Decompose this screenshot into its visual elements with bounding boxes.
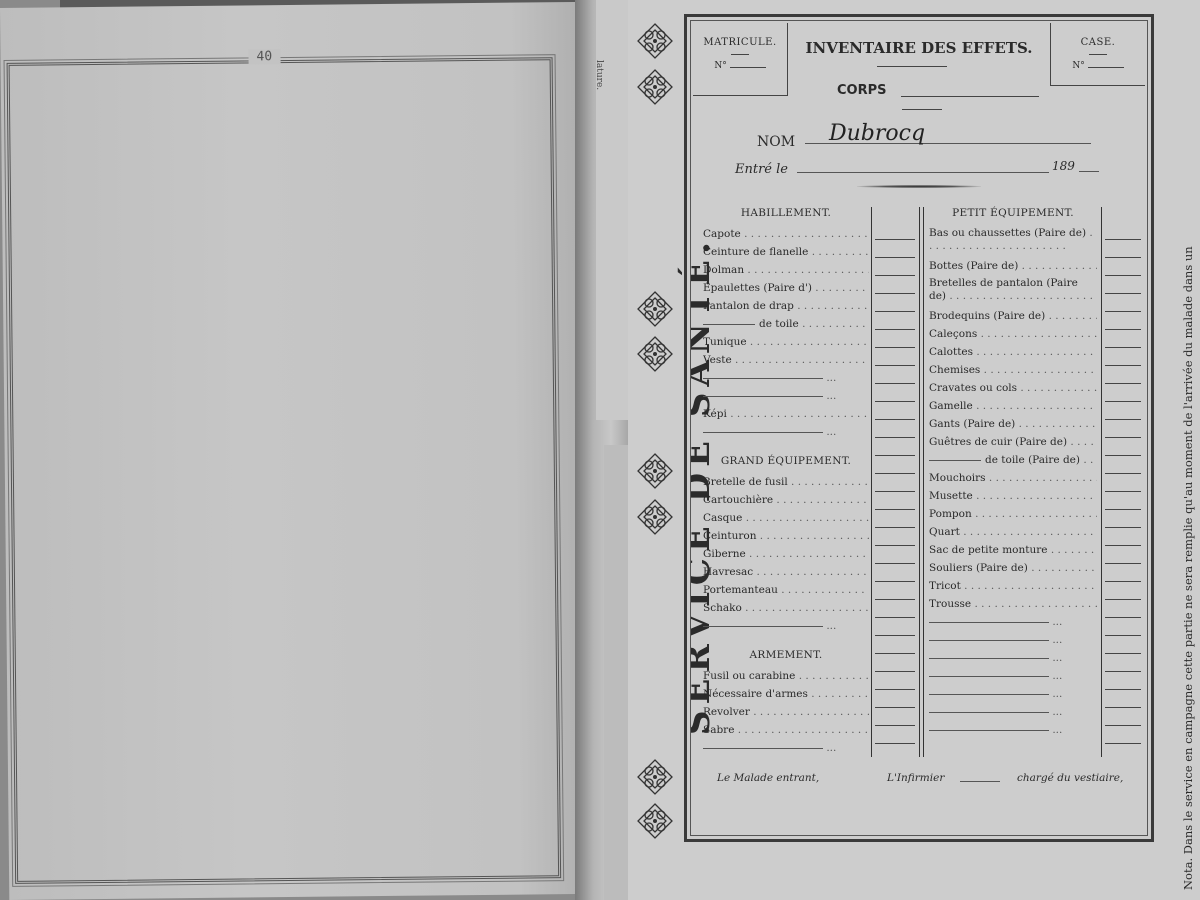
quantity-field[interactable]	[1105, 491, 1141, 492]
inventory-item-row: Tricot . . . . . . . . . . . . . . . . .…	[929, 577, 1097, 595]
leader-dots: . . . . . . . . . . . . . . . . . . . . …	[960, 526, 1097, 538]
inventory-item-row: Mouchoirs . . . . . . . . . . . . . . . …	[929, 469, 1097, 487]
inventory-item-row: Ceinture de flanelle . . . . . . . . . .…	[703, 243, 869, 261]
section-heading: HABILLEMENT.	[703, 207, 869, 221]
leader-dots: . . . . . . . . . . . . . . . . . . . . …	[746, 548, 869, 560]
quatrefoil-ornament-icon	[636, 498, 674, 536]
leader-dots: . . . . . . . . . . . . . . . . . . . . …	[1067, 436, 1097, 448]
item-label: Gants (Paire de)	[929, 418, 1015, 430]
quatrefoil-ornament-icon	[636, 68, 674, 106]
item-label: Chemises	[929, 364, 980, 376]
quantity-field[interactable]	[875, 527, 915, 528]
inventory-item-row: ...	[929, 685, 1097, 703]
inventory-item-row: Souliers (Paire de) . . . . . . . . . . …	[929, 559, 1097, 577]
entre-date-field[interactable]	[797, 172, 1049, 173]
quantity-field[interactable]	[875, 545, 915, 546]
leader-dots: . . . . . . . . . . . . . . . . . . . . …	[794, 300, 869, 312]
item-label: Pantalon de drap	[703, 300, 794, 312]
inventory-item-row: Chemises . . . . . . . . . . . . . . . .…	[929, 361, 1097, 379]
item-label: Mouchoirs	[929, 472, 986, 484]
section-heading: GRAND ÉQUIPEMENT.	[703, 455, 869, 469]
item-label: Giberne	[703, 548, 746, 560]
inventory-item-row: Épaulettes (Paire d') . . . . . . . . . …	[703, 279, 869, 297]
quantity-field[interactable]	[1105, 401, 1141, 402]
inventory-item-row: Casque . . . . . . . . . . . . . . . . .…	[703, 509, 869, 527]
quatrefoil-ornament-icon	[636, 335, 674, 373]
inventory-item-row: Gamelle . . . . . . . . . . . . . . . . …	[929, 397, 1097, 415]
quantity-field[interactable]	[875, 707, 915, 708]
item-label: de toile (Paire de)	[985, 454, 1080, 466]
quatrefoil-ornament-icon	[636, 802, 674, 840]
leader-dots: . . . . . . . . . . . . . . . . . . . . …	[727, 408, 869, 420]
year-prefix: 189	[1052, 159, 1075, 173]
inventory-form: MATRICULE. N° INVENTAIRE DES EFFETS. CAS…	[684, 14, 1154, 842]
item-label: Gamelle	[929, 400, 973, 412]
leader-dots: . . . . . . . . . . . . . . . . . . . . …	[977, 328, 1097, 340]
leader-dots: . . . . . . . . . . . . . . . . . . . . …	[742, 602, 869, 614]
item-label: Nécessaire d'armes	[703, 688, 808, 700]
item-label: Guêtres de cuir (Paire de)	[929, 436, 1067, 448]
divider	[731, 54, 749, 55]
item-label: Sac de petite monture	[929, 544, 1047, 556]
quantity-field[interactable]	[875, 257, 915, 258]
item-label: Cravates ou cols	[929, 382, 1017, 394]
quantity-field[interactable]	[875, 509, 915, 510]
item-label: Casque	[703, 512, 742, 524]
quantity-field[interactable]	[1105, 437, 1141, 438]
leader-dots: . . . . . . . . . . . . . . . . . . . . …	[973, 400, 1097, 412]
signature-vestiaire: chargé du vestiaire,	[1017, 772, 1123, 784]
blank-item-line[interactable]	[929, 676, 1049, 677]
blank-item-line[interactable]	[703, 748, 823, 749]
inventory-item-row: ...	[929, 703, 1097, 721]
entre-label: Entré le	[735, 162, 788, 177]
leader-dots: ...	[823, 426, 836, 438]
leader-dots: . . . . . . . . . . . . . . . . . . . . …	[753, 566, 869, 578]
item-label: Calottes	[929, 346, 973, 358]
inventory-item-row: Sac de petite monture . . . . . . . . . …	[929, 541, 1097, 559]
blank-item-line[interactable]	[929, 658, 1049, 659]
item-label: Dolman	[703, 264, 744, 276]
inventory-item-row: Cravates ou cols . . . . . . . . . . . .…	[929, 379, 1097, 397]
nom-label: NOM	[757, 134, 795, 150]
item-label: Tricot	[929, 580, 961, 592]
leader-dots: ...	[1049, 724, 1062, 736]
inventory-item-row: ...	[929, 667, 1097, 685]
item-label: Fusil ou carabine	[703, 670, 795, 682]
leader-dots: . . . . . . . . . . . . . . . . . . . . …	[747, 336, 869, 348]
item-label: Ceinture de flanelle	[703, 246, 808, 258]
item-label: Portemanteau	[703, 584, 778, 596]
inventory-item-row: de toile . . . . . . . . . . . . . . . .…	[703, 315, 869, 333]
blank-item-line[interactable]	[929, 622, 1049, 623]
quantity-field[interactable]	[1105, 545, 1141, 546]
leader-dots: ...	[1049, 652, 1062, 664]
quantity-field[interactable]	[1105, 527, 1141, 528]
quantity-field[interactable]	[875, 239, 915, 240]
matricule-no-label: N°	[714, 61, 726, 71]
item-label: Schako	[703, 602, 742, 614]
inventory-item-row: Trousse . . . . . . . . . . . . . . . . …	[929, 595, 1097, 613]
quantity-field[interactable]	[875, 437, 915, 438]
inventory-item-row: Bretelles de pantalon (Paire de) . . . .…	[929, 275, 1097, 307]
inventory-item-row: ...	[703, 387, 869, 405]
quantity-field[interactable]	[875, 347, 915, 348]
quantity-field[interactable]	[875, 671, 915, 672]
inventory-item-row: ...	[703, 369, 869, 387]
item-label: Caleçons	[929, 328, 977, 340]
quantity-field[interactable]	[1105, 563, 1141, 564]
quantity-field[interactable]	[1105, 707, 1141, 708]
item-label: Souliers (Paire de)	[929, 562, 1028, 574]
quantity-field[interactable]	[1105, 383, 1141, 384]
quantity-field[interactable]	[875, 689, 915, 690]
inventory-item-row: Quart . . . . . . . . . . . . . . . . . …	[929, 523, 1097, 541]
blank-item-line[interactable]	[703, 626, 823, 627]
leader-dots: . . . . . . . . . . . . . . . . . . . . …	[1018, 260, 1097, 272]
inventory-item-row: ...	[929, 613, 1097, 631]
blank-item-line[interactable]	[929, 730, 1049, 731]
leader-dots: . . . . . . . . . . . . . . . . . . . . …	[778, 584, 869, 596]
inventory-item-row: Veste . . . . . . . . . . . . . . . . . …	[703, 351, 869, 369]
blank-item-line[interactable]	[929, 640, 1049, 641]
leader-dots: . . . . . . . . . . . . . . . . . . . . …	[742, 512, 869, 524]
form-title: INVENTAIRE DES EFFETS.	[791, 39, 1047, 57]
quantity-field[interactable]	[875, 473, 915, 474]
blank-item-line[interactable]	[703, 378, 823, 379]
column-rule	[1101, 207, 1102, 757]
ditto-line	[929, 460, 981, 461]
item-label: Capote	[703, 228, 741, 240]
page-number: 40	[248, 49, 280, 64]
left-page-frame	[7, 57, 562, 884]
item-label: Veste	[703, 354, 732, 366]
leader-dots: ...	[823, 742, 836, 754]
leader-dots: . . . . . . . . . . . . . . . . . . . . …	[1028, 562, 1097, 574]
leader-dots: ...	[1049, 688, 1062, 700]
leader-dots: . . . . . . . . . . . . . . . . . . . . …	[808, 688, 869, 700]
inventory-item-row: Ceinturon . . . . . . . . . . . . . . . …	[703, 527, 869, 545]
leader-dots: ...	[823, 372, 836, 384]
inventory-item-row: Tunique . . . . . . . . . . . . . . . . …	[703, 333, 869, 351]
leader-dots: . . . . . . . . . . . . . . . . . . . . …	[1080, 454, 1097, 466]
quantity-field[interactable]	[1105, 473, 1141, 474]
column-rule	[923, 207, 924, 757]
inventory-item-row: Sabre . . . . . . . . . . . . . . . . . …	[703, 721, 869, 739]
quantity-field[interactable]	[1105, 365, 1141, 366]
inventory-item-row: ...	[703, 617, 869, 635]
leader-dots: . . . . . . . . . . . . . . . . . . . . …	[1017, 382, 1097, 394]
item-label: Épaulettes (Paire d')	[703, 282, 812, 294]
quantity-field[interactable]	[1105, 635, 1141, 636]
item-label: Bottes (Paire de)	[929, 260, 1018, 272]
inventory-item-row: Képi . . . . . . . . . . . . . . . . . .…	[703, 405, 869, 423]
leader-dots: . . . . . . . . . . . . . . . . . . . . …	[986, 472, 1097, 484]
inventory-item-row: Dolman . . . . . . . . . . . . . . . . .…	[703, 261, 869, 279]
leader-dots: . . . . . . . . . . . . . . . . . . . . …	[750, 706, 869, 718]
leader-dots: ...	[1049, 616, 1062, 628]
item-label: Tunique	[703, 336, 747, 348]
quantity-field[interactable]	[875, 329, 915, 330]
divider	[877, 66, 947, 67]
inventory-item-row: de toile (Paire de) . . . . . . . . . . …	[929, 451, 1097, 469]
quantity-field[interactable]	[875, 653, 915, 654]
item-label: Bretelle de fusil	[703, 476, 788, 488]
inventory-item-row: Pompon . . . . . . . . . . . . . . . . .…	[929, 505, 1097, 523]
leader-dots: . . . . . . . . . . . . . . . . . . . . …	[808, 246, 869, 258]
quantity-field[interactable]	[1105, 617, 1141, 618]
quantity-field[interactable]	[1105, 581, 1141, 582]
inventory-item-row: Guêtres de cuir (Paire de) . . . . . . .…	[929, 433, 1097, 451]
quantity-field[interactable]	[875, 635, 915, 636]
leader-dots: . . . . . . . . . . . . . . . . . . . . …	[756, 530, 869, 542]
inventory-item-row: ...	[929, 649, 1097, 667]
inventory-item-row: Schako . . . . . . . . . . . . . . . . .…	[703, 599, 869, 617]
blank-item-line[interactable]	[703, 432, 823, 433]
leader-dots: ...	[1049, 706, 1062, 718]
inventory-item-row: Nécessaire d'armes . . . . . . . . . . .…	[703, 685, 869, 703]
item-label: Revolver	[703, 706, 750, 718]
item-label: Havresac	[703, 566, 753, 578]
inventory-item-row: Portemanteau . . . . . . . . . . . . . .…	[703, 581, 869, 599]
leader-dots: . . . . . . . . . . . . . . . . . . . . …	[973, 346, 1097, 358]
item-label: Quart	[929, 526, 960, 538]
leader-dots: . . . . . . . . . . . . . . . . . . . . …	[788, 476, 869, 488]
item-label: Musette	[929, 490, 973, 502]
blank-item-line[interactable]	[929, 712, 1049, 713]
quantity-field[interactable]	[1105, 347, 1141, 348]
nota-footnote: Nota. Dans le service en campagne cette …	[1178, 0, 1200, 890]
blank-item-line[interactable]	[703, 396, 823, 397]
matricule-field[interactable]	[730, 67, 766, 68]
year-field[interactable]	[1079, 171, 1099, 172]
quantity-field[interactable]	[1105, 653, 1141, 654]
quantity-field[interactable]	[875, 293, 915, 294]
inventory-item-row: Capote . . . . . . . . . . . . . . . . .…	[703, 225, 869, 243]
inventory-item-row: Giberne . . . . . . . . . . . . . . . . …	[703, 545, 869, 563]
matricule-label: MATRICULE.	[693, 37, 787, 48]
inventory-item-row: Brodequins (Paire de) . . . . . . . . . …	[929, 307, 1097, 325]
corps-field[interactable]	[901, 96, 1039, 97]
quantity-field[interactable]	[875, 275, 915, 276]
blank-item-line[interactable]	[929, 694, 1049, 695]
quantity-field[interactable]	[1105, 419, 1141, 420]
item-label: de toile	[759, 318, 799, 330]
inventory-item-row: Musette . . . . . . . . . . . . . . . . …	[929, 487, 1097, 505]
quantity-field[interactable]	[1105, 455, 1141, 456]
inventory-item-row: ...	[703, 739, 869, 757]
quantity-field[interactable]	[875, 383, 915, 384]
leader-dots: . . . . . . . . . . . . . . . . . . . . …	[980, 364, 1097, 376]
quantity-field[interactable]	[875, 725, 915, 726]
quantity-field[interactable]	[875, 581, 915, 582]
quantity-field[interactable]	[1105, 509, 1141, 510]
inventory-item-row: Havresac . . . . . . . . . . . . . . . .…	[703, 563, 869, 581]
corps-label: CORPS	[837, 83, 887, 98]
quantity-field[interactable]	[875, 311, 915, 312]
quantity-field[interactable]	[875, 617, 915, 618]
quantity-field[interactable]	[875, 365, 915, 366]
item-label: Pompon	[929, 508, 972, 520]
leader-dots: . . . . . . . . . . . . . . . . . . . . …	[744, 264, 869, 276]
quatrefoil-ornament-icon	[636, 22, 674, 60]
signature-infirmier: L'Infirmier	[887, 772, 944, 784]
leader-dots: . . . . . . . . . . . . . . . . . . . . …	[812, 282, 869, 294]
flap-text-top: lature.	[594, 60, 604, 90]
leader-dots: ...	[823, 390, 836, 402]
quantity-field[interactable]	[1105, 275, 1141, 276]
leader-dots: ...	[1049, 670, 1062, 682]
quantity-field[interactable]	[1105, 671, 1141, 672]
quantity-field[interactable]	[1105, 599, 1141, 600]
inventory-item-row: Caleçons . . . . . . . . . . . . . . . .…	[929, 325, 1097, 343]
item-label: Sabre	[703, 724, 734, 736]
case-label: CASE.	[1051, 37, 1145, 48]
ditto-line	[703, 324, 755, 325]
item-label: Bas ou chaussettes (Paire de)	[929, 227, 1086, 239]
divider	[902, 109, 942, 110]
inventory-item-row: Bretelle de fusil . . . . . . . . . . . …	[703, 473, 869, 491]
quantity-field[interactable]	[1105, 311, 1141, 312]
leader-dots: ...	[1049, 634, 1062, 646]
column-rule	[871, 207, 872, 757]
quantity-field[interactable]	[875, 419, 915, 420]
item-label: Brodequins (Paire de)	[929, 310, 1045, 322]
inventory-item-row: Gants (Paire de) . . . . . . . . . . . .…	[929, 415, 1097, 433]
left-page: 40	[0, 2, 609, 900]
right-column: PETIT ÉQUIPEMENT.Bas ou chaussettes (Pai…	[929, 207, 1097, 739]
case-no-label: N°	[1072, 61, 1084, 71]
section-heading: PETIT ÉQUIPEMENT.	[929, 207, 1097, 221]
inventory-item-row: Revolver . . . . . . . . . . . . . . . .…	[703, 703, 869, 721]
inventory-item-row: ...	[703, 423, 869, 441]
quatrefoil-ornament-icon	[636, 758, 674, 796]
ornamental-rule	[857, 185, 981, 188]
signature-malade: Le Malade entrant,	[717, 772, 819, 784]
leader-dots: . . . . . . . . . . . . . . . . . . . . …	[973, 490, 1097, 502]
quantity-field[interactable]	[1105, 239, 1141, 240]
quantity-field[interactable]	[1105, 743, 1141, 744]
quantity-field[interactable]	[875, 491, 915, 492]
inventory-item-row: Pantalon de drap . . . . . . . . . . . .…	[703, 297, 869, 315]
inventory-item-row: Bas ou chaussettes (Paire de) . . . . . …	[929, 225, 1097, 257]
nota-line-1: Nota. Dans le service en campagne cette …	[1178, 0, 1198, 890]
column-rule	[919, 207, 920, 757]
divider	[1089, 54, 1107, 55]
leader-dots: . . . . . . . . . . . . . . . . . . . . …	[795, 670, 869, 682]
quantity-field[interactable]	[1105, 257, 1141, 258]
leader-dots: . . . . . . . . . . . . . . . . . . . . …	[971, 598, 1097, 610]
quatrefoil-ornament-icon	[636, 452, 674, 490]
nom-handwritten-value: Dubrocq	[829, 121, 925, 146]
inventory-item-row: ...	[929, 631, 1097, 649]
inventory-item-row: Fusil ou carabine . . . . . . . . . . . …	[703, 667, 869, 685]
case-box: CASE. N°	[1050, 23, 1145, 86]
quantity-field[interactable]	[875, 599, 915, 600]
leader-dots: . . . . . . . . . . . . . . . . . . . . …	[773, 494, 869, 506]
quantity-field[interactable]	[875, 401, 915, 402]
quatrefoil-ornament-icon	[636, 290, 674, 328]
leader-dots: . . . . . . . . . . . . . . . . . . . . …	[961, 580, 1097, 592]
inventory-item-row: Cartouchière . . . . . . . . . . . . . .…	[703, 491, 869, 509]
leader-dots: . . . . . . . . . . . . . . . . . . . . …	[946, 290, 1093, 302]
quantity-field[interactable]	[1105, 689, 1141, 690]
quantity-field[interactable]	[1105, 293, 1141, 294]
quantity-field[interactable]	[875, 455, 915, 456]
leader-dots: . . . . . . . . . . . . . . . . . . . . …	[972, 508, 1097, 520]
inventory-item-row: Bottes (Paire de) . . . . . . . . . . . …	[929, 257, 1097, 275]
quantity-field[interactable]	[1105, 725, 1141, 726]
leader-dots: . . . . . . . . . . . . . . . . . . . . …	[741, 228, 869, 240]
item-label: Ceinturon	[703, 530, 756, 542]
quantity-field[interactable]	[875, 563, 915, 564]
leader-dots: . . . . . . . . . . . . . . . . . . . . …	[1015, 418, 1097, 430]
leader-dots: . . . . . . . . . . . . . . . . . . . . …	[734, 724, 869, 736]
leader-dots: . . . . . . . . . . . . . . . . . . . . …	[799, 318, 869, 330]
leader-dots: . . . . . . . . . . . . . . . . . . . . …	[1047, 544, 1097, 556]
quantity-field[interactable]	[875, 743, 915, 744]
leader-dots: . . . . . . . . . . . . . . . . . . . . …	[1045, 310, 1097, 322]
infirmier-name-field[interactable]	[960, 781, 1000, 782]
item-label: Trousse	[929, 598, 971, 610]
item-label: Képi	[703, 408, 727, 420]
matricule-box: MATRICULE. N°	[693, 23, 788, 96]
section-heading: ARMEMENT.	[703, 649, 869, 663]
left-column: HABILLEMENT.Capote . . . . . . . . . . .…	[703, 207, 869, 757]
inventory-item-row: ...	[929, 721, 1097, 739]
inventory-item-row: Calottes . . . . . . . . . . . . . . . .…	[929, 343, 1097, 361]
quantity-field[interactable]	[1105, 329, 1141, 330]
case-field[interactable]	[1088, 67, 1124, 68]
leader-dots: . . . . . . . . . . . . . . . . . . . . …	[732, 354, 869, 366]
leader-dots: ...	[823, 620, 836, 632]
item-label: Cartouchière	[703, 494, 773, 506]
